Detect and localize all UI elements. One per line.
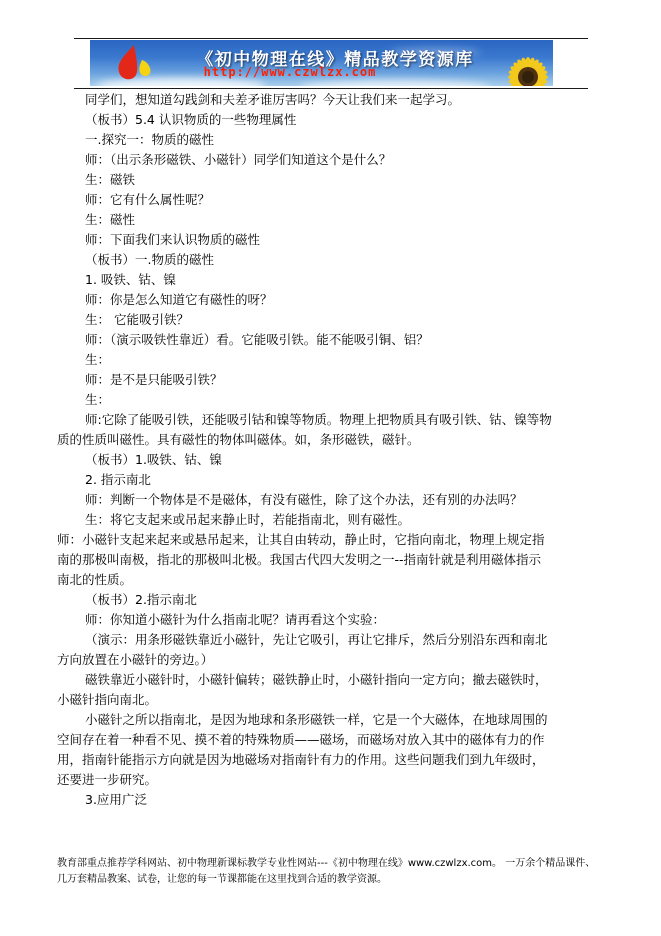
banner-url-link[interactable]: http://www.czwlzx.com (195, 65, 385, 79)
body-line: 师:它除了能吸引铁，还能吸引钴和镍等物质。物理上把物质具有吸引铁、钴、镍等物 (57, 410, 597, 430)
header-divider-bottom (74, 88, 588, 89)
body-line: 师：（出示条形磁铁、小磁针）同学们知道这个是什么？ (57, 150, 597, 170)
body-line: （板书）一.物质的磁性 (57, 250, 597, 270)
sunflower-icon (492, 50, 553, 86)
document-body: 同学们，想知道勾践剑和夫差矛谁厉害吗？今天让我们来一起学习。 （板书）5.4 认… (57, 90, 597, 810)
body-line: 用，指南针能指示方向就是因为地磁场对指南针有力的作用。这些问题我们到九年级时， (57, 750, 597, 770)
document-footer: 教育部重点推荐学科网站、初中物理新课标教学专业性网站---《初中物理在线》www… (57, 856, 597, 888)
body-line: 师：它有什么属性呢？ (57, 190, 597, 210)
body-line: 师：下面我们来认识物质的磁性 (57, 230, 597, 250)
body-line: 南北的性质。 (57, 570, 597, 590)
body-line: 3.应用广泛 (57, 790, 597, 810)
body-line: 生：磁铁 (57, 170, 597, 190)
body-line: （板书）5.4 认识物质的一些物理属性 (57, 110, 597, 130)
body-line: 质的性质叫磁性。具有磁性的物体叫磁体。如，条形磁铁，磁针。 (57, 430, 597, 450)
body-line: 小磁针指向南北。 (57, 690, 597, 710)
body-line: 师：小磁针支起来起来或悬吊起来，让其自由转动，静止时，它指向南北，物理上规定指 (57, 530, 597, 550)
body-line: 2. 指示南北 (57, 470, 597, 490)
body-line: 师：判断一个物体是不是磁体，有没有磁性，除了这个办法，还有别的办法吗？ (57, 490, 597, 510)
body-line: 生： (57, 350, 597, 370)
body-line: 方向放置在小磁针的旁边。） (57, 650, 597, 670)
body-line: 生：将它支起来或吊起来静止时，若能指南北，则有磁性。 (57, 510, 597, 530)
body-line: （板书）1.吸铁、钴、镍 (57, 450, 597, 470)
footer-line: 几万套精品教案、试卷，让您的每一节课都能在这里找到合适的教学资源。 (57, 872, 597, 888)
body-line: 生： 它能吸引铁？ (57, 310, 597, 330)
body-line: （板书）2.指示南北 (57, 590, 597, 610)
body-line: 师：你知道小磁针为什么指南北呢？请再看这个实验： (57, 610, 597, 630)
body-line: 师：是不是只能吸引铁？ (57, 370, 597, 390)
body-line: （演示：用条形磁铁靠近小磁针，先让它吸引，再让它排斥，然后分别沿东西和南北 (57, 630, 597, 650)
header-divider-top (74, 38, 588, 39)
footer-line: 教育部重点推荐学科网站、初中物理新课标教学专业性网站---《初中物理在线》www… (57, 856, 597, 872)
body-line: 小磁针之所以指南北，是因为地球和条形磁铁一样，它是一个大磁体，在地球周围的 (57, 710, 597, 730)
body-line: 南的那极叫南极，指北的那极叫北极。我国古代四大发明之一--指南针就是利用磁体指示 (57, 550, 597, 570)
document-page: 《初中物理在线》精品教学资源库 http://www.czwlzx.com (0, 0, 661, 936)
body-line: 空间存在着一种看不见、摸不着的特殊物质——磁场，而磁场对放入其中的磁体有力的作 (57, 730, 597, 750)
site-banner: 《初中物理在线》精品教学资源库 http://www.czwlzx.com (90, 40, 553, 86)
body-line: 磁铁靠近小磁针时，小磁针偏转；磁铁静止时，小磁针指向一定方向；撤去磁铁时， (57, 670, 597, 690)
body-line: 还要进一步研究。 (57, 770, 597, 790)
site-logo-icon (112, 44, 164, 84)
body-line: 1. 吸铁、钴、镍 (57, 270, 597, 290)
body-line: 一.探究一：物质的磁性 (57, 130, 597, 150)
body-line: 生： (57, 390, 597, 410)
cloud-decoration (300, 80, 490, 86)
body-line: 师：你是怎么知道它有磁性的呀？ (57, 290, 597, 310)
body-line: 同学们，想知道勾践剑和夫差矛谁厉害吗？今天让我们来一起学习。 (57, 90, 597, 110)
body-line: 生：磁性 (57, 210, 597, 230)
body-line: 师：（演示吸铁性靠近）看。它能吸引铁。能不能吸引铜、铝？ (57, 330, 597, 350)
